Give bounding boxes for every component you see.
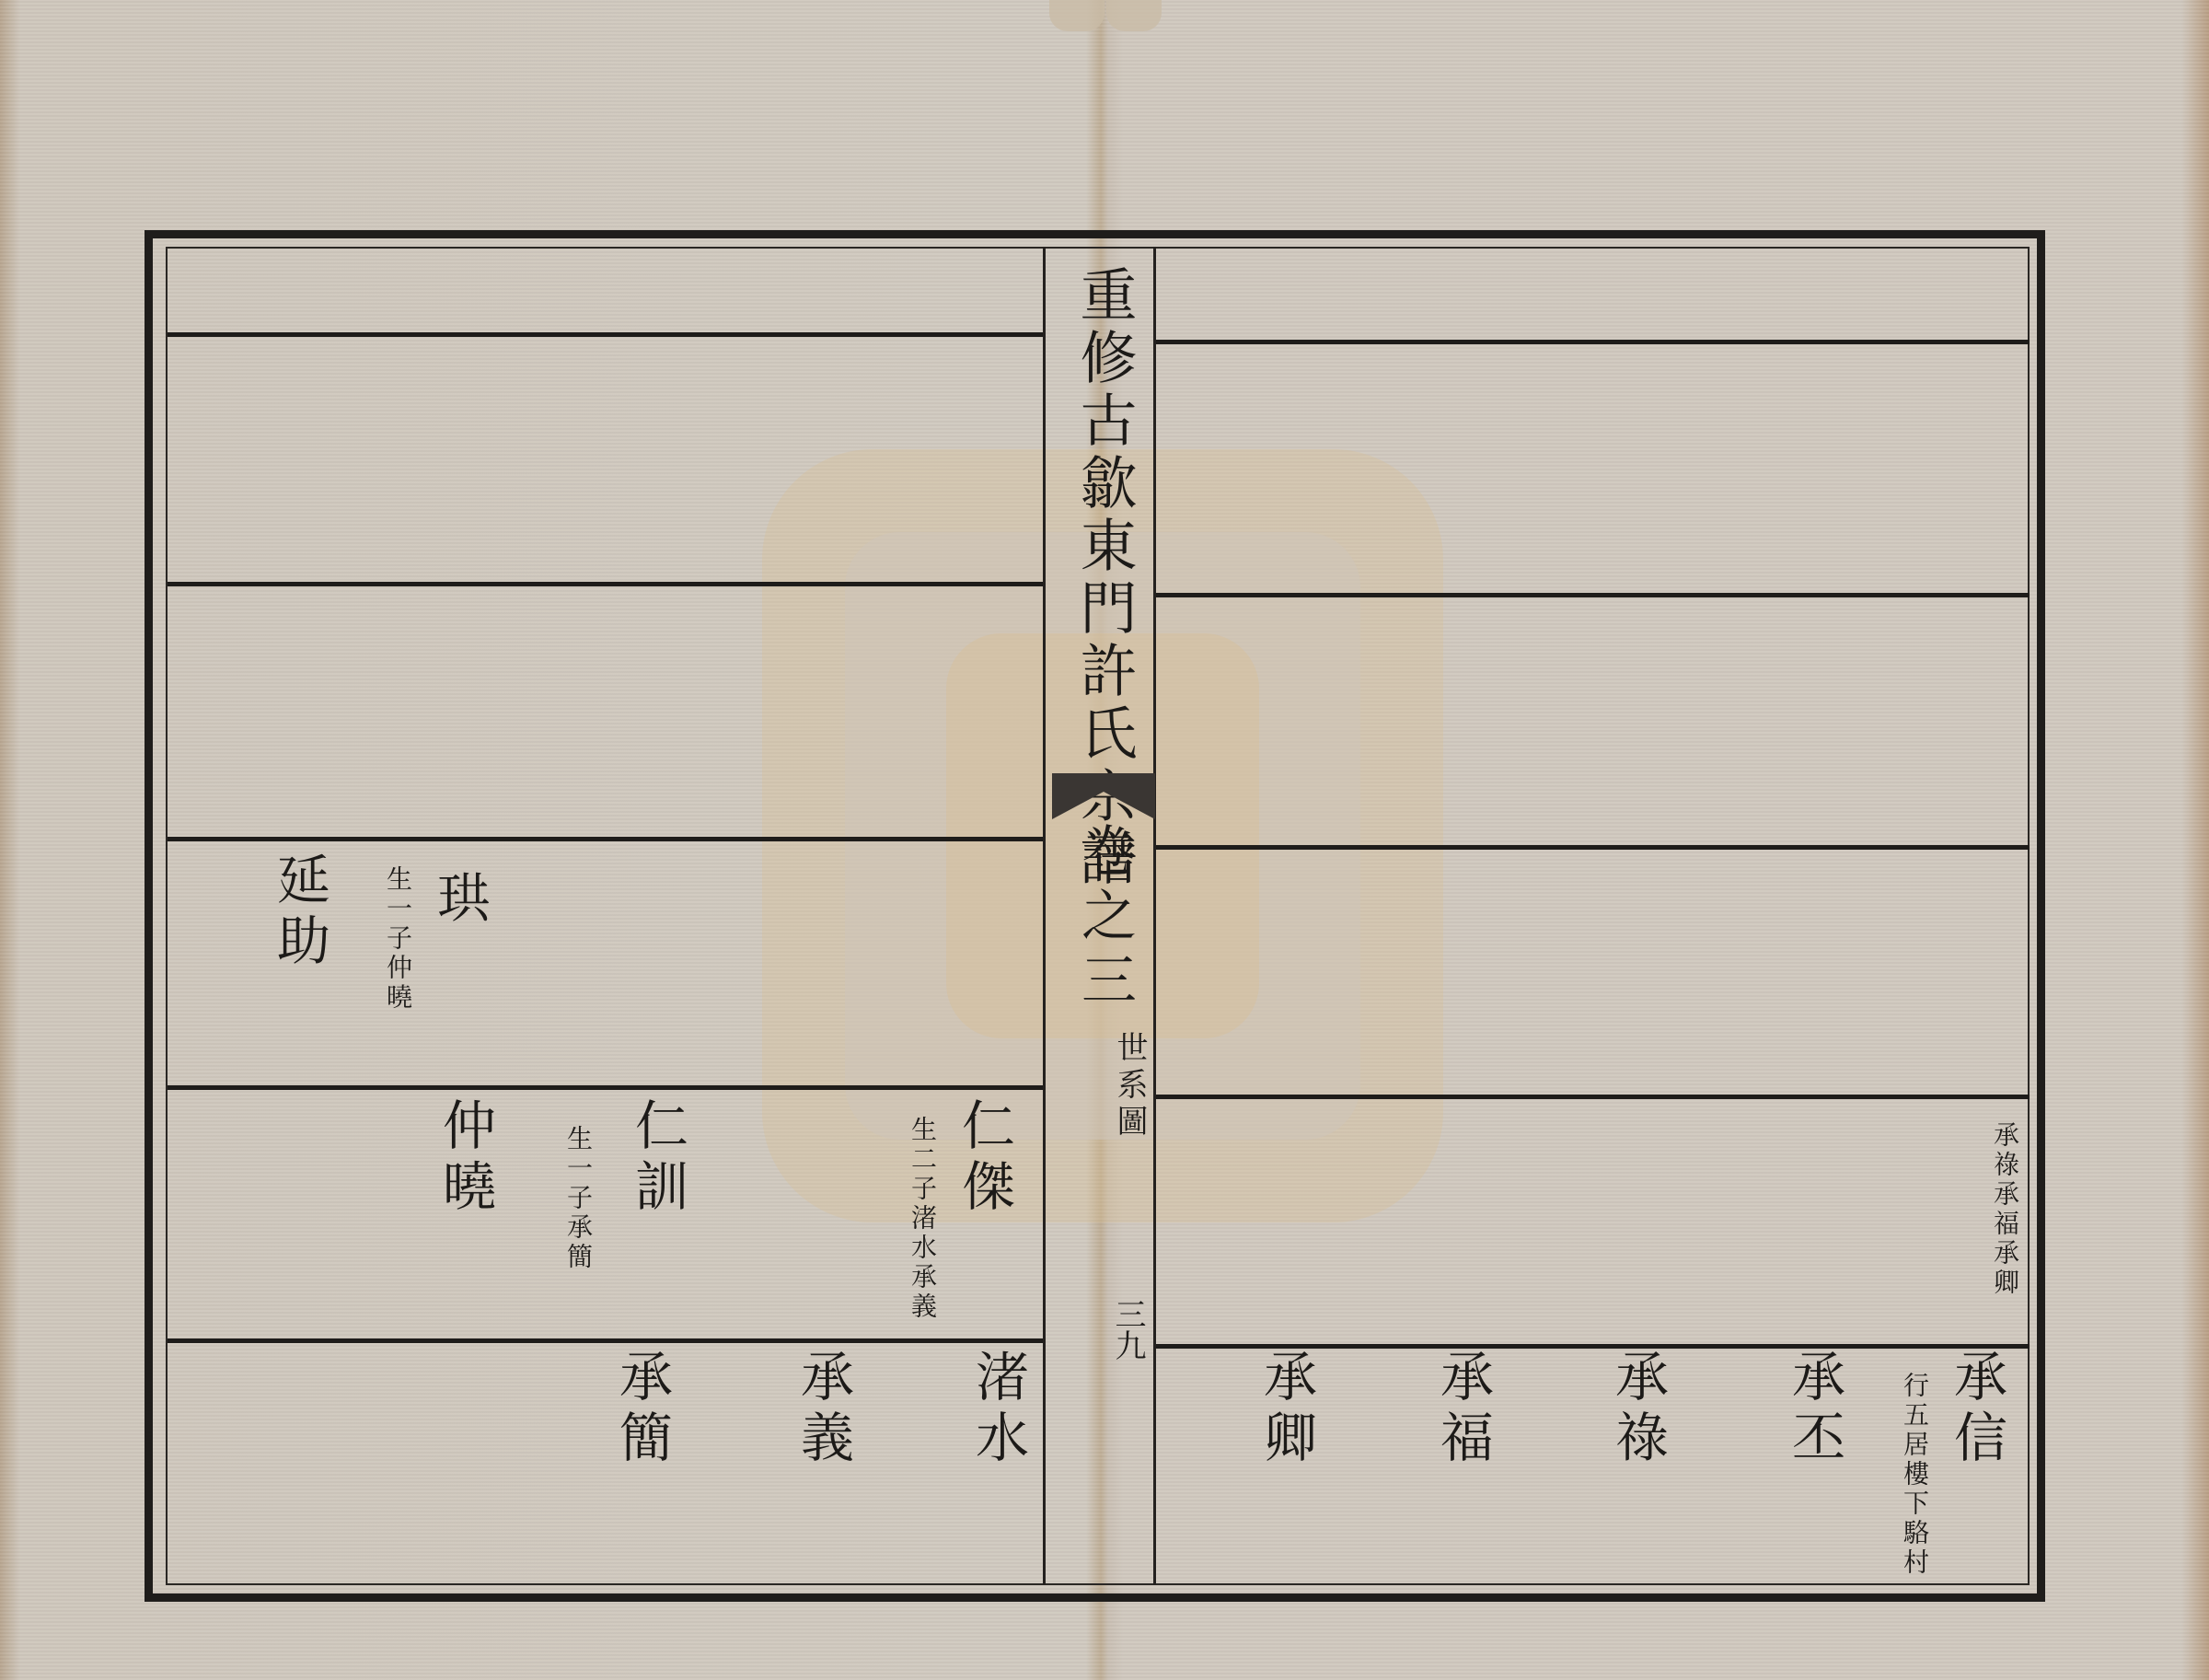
page-number: 三九 bbox=[1112, 1298, 1143, 1361]
left-row-divider-4 bbox=[168, 1085, 1043, 1090]
genealogy-name: 承義 bbox=[796, 1349, 850, 1470]
genealogy-name: 仁傑 bbox=[957, 1097, 1011, 1219]
genealogy-note: 生一子仲曉 bbox=[385, 865, 411, 1013]
genealogy-name: 延助 bbox=[272, 852, 326, 973]
genealogy-name: 承卿 bbox=[1259, 1349, 1313, 1470]
left-row-divider-2 bbox=[168, 582, 1043, 586]
binding-tab-right bbox=[1106, 0, 1162, 31]
right-row-divider-1 bbox=[1156, 340, 2030, 344]
genealogy-note: 生一子承簡 bbox=[565, 1125, 591, 1272]
left-row-divider-5 bbox=[168, 1338, 1043, 1343]
right-row-divider-3 bbox=[1156, 845, 2030, 850]
volume-label: 卷之三 bbox=[1077, 822, 1132, 1015]
right-row-divider-2 bbox=[1156, 593, 2030, 597]
genealogy-name: 渚水 bbox=[971, 1349, 1024, 1470]
genealogy-name: 承簡 bbox=[615, 1349, 668, 1470]
genealogy-name: 承祿 bbox=[1611, 1349, 1664, 1470]
center-column-left-border bbox=[1043, 247, 1046, 1585]
right-row-divider-4 bbox=[1156, 1095, 2030, 1099]
genealogy-name: 珙 bbox=[433, 870, 486, 931]
genealogy-name: 仁訓 bbox=[630, 1097, 684, 1219]
genealogy-note: 生二子渚水承義 bbox=[909, 1116, 935, 1322]
genealogy-note: 承祿承福承卿 bbox=[1992, 1121, 2018, 1298]
genealogy-name: 承丕 bbox=[1787, 1349, 1841, 1470]
genealogy-name: 仲曉 bbox=[438, 1097, 492, 1219]
section-label: 世系圖 bbox=[1114, 1031, 1145, 1141]
genealogy-note: 行五居樓下駱村 bbox=[1902, 1372, 1927, 1578]
genealogy-name: 承信 bbox=[1949, 1349, 2003, 1470]
left-row-divider-1 bbox=[168, 332, 1043, 337]
binding-tab-left bbox=[1049, 0, 1104, 31]
genealogy-name: 承福 bbox=[1436, 1349, 1489, 1470]
left-row-divider-3 bbox=[168, 837, 1043, 841]
